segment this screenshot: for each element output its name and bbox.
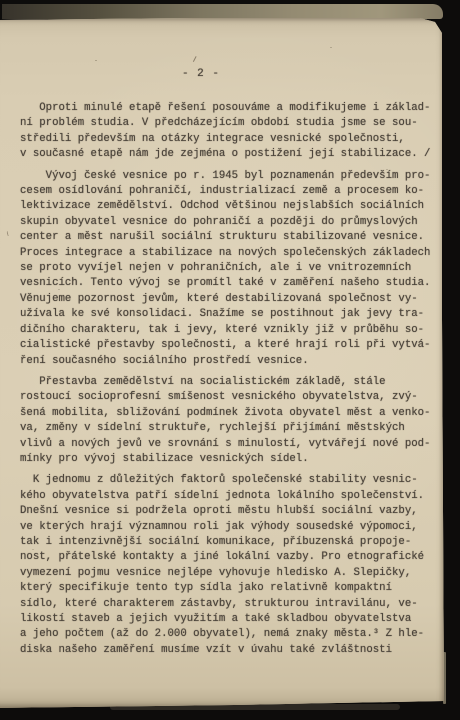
- text-line: diska našeho zaměření musíme vzít v úvah…: [20, 643, 438, 658]
- text-line: va, změny v sídelní struktuře, rychlejší…: [20, 421, 438, 436]
- text-line: sídlo, které charakterem zástavby, struk…: [20, 597, 438, 612]
- stray-pencil-mark: [193, 56, 200, 64]
- text-line: středili především na otázky integrace v…: [20, 132, 438, 147]
- text-line: Přestavba zemědělství na socialistickém …: [20, 375, 438, 390]
- text-line: který specifikuje tento typ sídla jako r…: [20, 581, 438, 596]
- paragraph: Přestavba zemědělství na socialistickém …: [20, 375, 438, 467]
- text-line: Dnešní vesnice si podržela oproti městu …: [20, 504, 438, 519]
- text-line: rostoucí socioprofesní smíšenost vesnick…: [20, 390, 438, 405]
- stray-margin-mark: [7, 231, 11, 237]
- text-line: cesem osídlování pohraničí, industrializ…: [20, 184, 438, 199]
- text-line: center a měst narušil sociální strukturu…: [20, 230, 438, 245]
- page-number: - 2 -: [141, 68, 261, 80]
- text-line: ní problém studia. V předcházejícím obdo…: [20, 116, 438, 131]
- text-line: Oproti minulé etapě řešení posouváme a m…: [20, 101, 438, 116]
- paragraph: Oproti minulé etapě řešení posouváme a m…: [20, 101, 438, 163]
- text-line: Vývoj české vesnice po r. 1945 byl pozna…: [20, 169, 438, 184]
- text-line: ve kterých hrají významnou roli jak výho…: [20, 520, 438, 535]
- text-line: dičního charakteru, tak i jevy, které vz…: [20, 323, 438, 338]
- text-line: se proto vyvíjel nejen v pohraničních, a…: [20, 261, 438, 276]
- text-line: nost, přátelské kontakty a jiné lokální …: [20, 550, 438, 565]
- text-line: tak i intenzivnější sociální komunikace,…: [20, 535, 438, 550]
- text-line: likostí staveb a jejich využitím a také …: [20, 612, 438, 627]
- paragraph: K jednomu z důležitých faktorů společens…: [20, 473, 438, 658]
- page-text: Oproti minulé etapě řešení posouváme a m…: [20, 101, 438, 658]
- text-line: lektivizace zemědělství. Odchod většinou…: [20, 199, 438, 214]
- text-line: a jeho počtem (až do 2.000 obyvatel), ne…: [20, 627, 438, 642]
- text-line: K jednomu z důležitých faktorů společens…: [20, 473, 438, 488]
- text-line: vymezení pojmu vesnice nejlépe vyhovuje …: [20, 566, 438, 581]
- text-line: Věnujeme pozornost jevům, které destabil…: [20, 292, 438, 307]
- photo-background: - 2 - Oproti minulé etapě řešení posouvá…: [0, 0, 460, 720]
- page-stack-top-edge: [2, 4, 443, 19]
- text-line: šená mobilita, sbližování podmínek život…: [20, 406, 438, 421]
- document-page: - 2 - Oproti minulé etapě řešení posouvá…: [0, 17, 444, 708]
- paragraph: Vývoj české vesnice po r. 1945 byl pozna…: [20, 169, 438, 369]
- text-line: mínky pro vývoj stabilizace vesnických s…: [20, 452, 438, 467]
- text-line: skupin obyvatel vesnice do pohraničí a p…: [20, 215, 438, 230]
- text-line: Proces integrace a stabilizace na nových…: [20, 246, 438, 261]
- text-line: ření současného sociálního prostředí ves…: [20, 354, 438, 369]
- text-line: v současné etapě nám jde zejména o posti…: [20, 147, 438, 162]
- text-line: cialistické přestavby společnosti, a kte…: [20, 338, 438, 353]
- text-line: vlivů a nových jevů ve srovnání s minulo…: [20, 437, 438, 452]
- text-line: užívala ke své konsolidaci. Snažíme se p…: [20, 307, 438, 322]
- text-line: vesnicích. Tento vývoj se promítl také v…: [20, 276, 438, 291]
- text-line: kého obyvatelstva patří sídelní jednota …: [20, 489, 438, 504]
